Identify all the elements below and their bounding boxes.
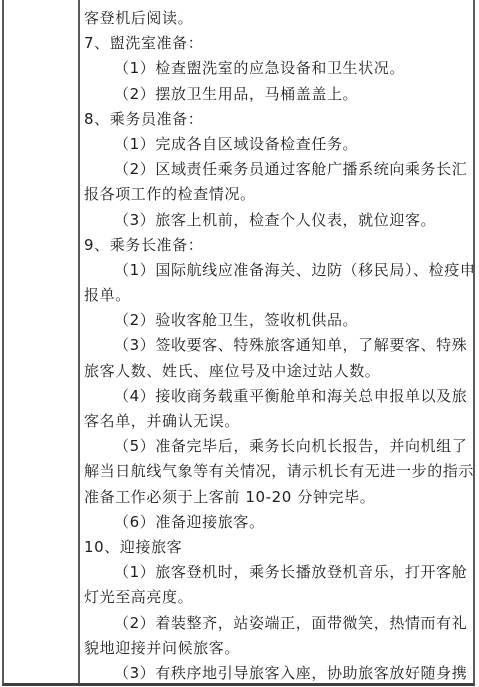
- text-line: （1）检查盥洗室的应急设备和卫生状况。: [84, 56, 469, 81]
- text-line: （2）区域责任乘务员通过客舱广播系统向乘务长汇: [84, 157, 469, 182]
- text-line: （1）旅客登机时，乘务长播放登机音乐，打开客舱: [84, 560, 469, 585]
- text-line: 貌地迎接并问候旅客。: [84, 636, 469, 661]
- text-line: （3）旅客上机前，检查个人仪表，就位迎客。: [84, 208, 469, 233]
- document-page: 客登机后阅读。7、盥洗室准备：（1）检查盥洗室的应急设备和卫生状况。（2）摆放卫…: [0, 0, 479, 687]
- text-line: 解当日航线气象等有关情况，请示机长有无进一步的指示。: [84, 459, 469, 484]
- text-line: 7、盥洗室准备：: [84, 31, 469, 56]
- text-line: 9、乘务长准备：: [84, 233, 469, 258]
- text-line: （2）摆放卫生用品，马桶盖盖上。: [84, 82, 469, 107]
- text-line: 客名单，并确认无误。: [84, 409, 469, 434]
- text-line: （5）准备完毕后，乘务长向机长报告，并向机组了: [84, 434, 469, 459]
- text-line: （4）接收商务载重平衡舱单和海关总申报单以及旅: [84, 384, 469, 409]
- text-line: 报各项工作的检查情况。: [84, 182, 469, 207]
- text-line: （2）着装整齐，站姿端正，面带微笑，热情而有礼: [84, 611, 469, 636]
- text-line: 旅客人数、姓氏、座位号及中途过站人数。: [84, 359, 469, 384]
- text-line: （1）国际航线应准备海关、边防（移民局）、检疫申: [84, 258, 469, 283]
- procedure-table: 客登机后阅读。7、盥洗室准备：（1）检查盥洗室的应急设备和卫生状况。（2）摆放卫…: [2, 0, 475, 686]
- text-line: 准备工作必须于上客前 10-20 分钟完毕。: [84, 485, 469, 510]
- text-line: （6）准备迎接旅客。: [84, 510, 469, 535]
- text-line: 报单。: [84, 283, 469, 308]
- table-content-cell: 客登机后阅读。7、盥洗室准备：（1）检查盥洗室的应急设备和卫生状况。（2）摆放卫…: [80, 0, 473, 683]
- text-line: （3）有秩序地引导旅客入座，协助旅客放好随身携: [84, 661, 469, 683]
- text-line: 10、迎接旅客: [84, 535, 469, 560]
- table-left-cell: [4, 0, 80, 683]
- text-line: （1）完成各自区域设备检查任务。: [84, 132, 469, 157]
- text-line: 客登机后阅读。: [84, 6, 469, 31]
- text-line: （3）签收要客、特殊旅客通知单，了解要客、特殊: [84, 333, 469, 358]
- text-line: 8、乘务员准备：: [84, 107, 469, 132]
- text-line: 灯光至高亮度。: [84, 585, 469, 610]
- text-line: （2）验收客舱卫生，签收机供品。: [84, 308, 469, 333]
